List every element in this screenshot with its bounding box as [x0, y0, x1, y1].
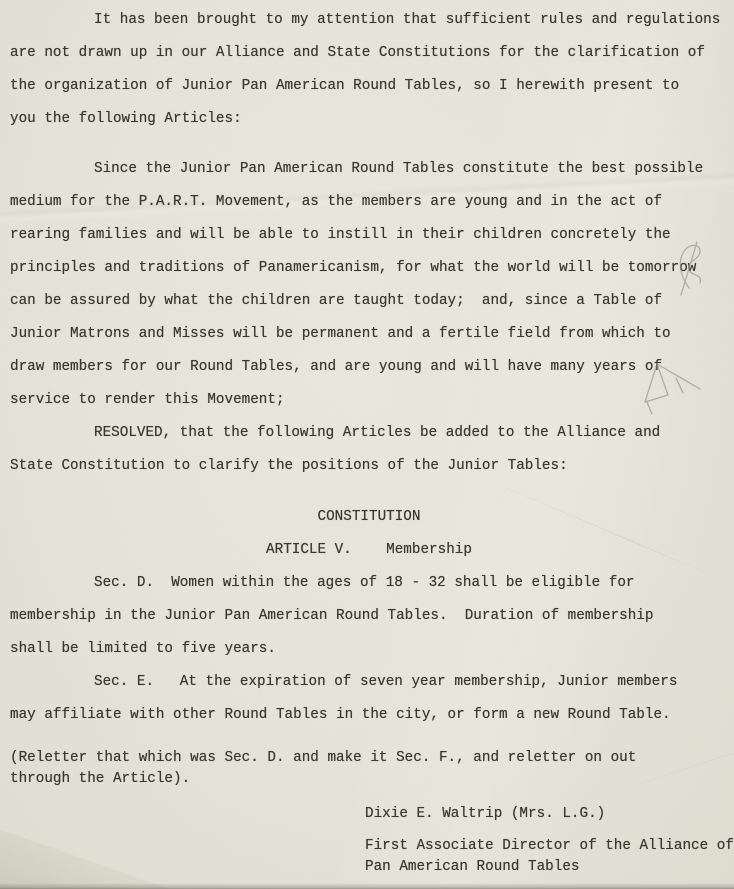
text-line: RESOLVED, that the following Articles be… [10, 417, 728, 450]
text-line: membership in the Junior Pan American Ro… [10, 600, 728, 633]
text-line: you the following Articles: [10, 103, 728, 136]
text-line: It has been brought to my attention that… [10, 4, 728, 37]
text-line: medium for the P.A.R.T. Movement, as the… [10, 186, 728, 219]
text-line: Junior Matrons and Misses will be perman… [10, 318, 728, 351]
note-line: through the Article). [10, 769, 728, 790]
text-line: Since the Junior Pan American Round Tabl… [10, 153, 728, 186]
article-heading: ARTICLE V. Membership [10, 534, 728, 567]
signature-title-line: First Associate Director of the Alliance… [365, 836, 728, 857]
scan-bottom-edge [0, 883, 734, 889]
text-line: shall be limited to five years. [10, 633, 728, 666]
text-line: may affiliate with other Round Tables in… [10, 699, 728, 732]
text-line: principles and traditions of Panamerican… [10, 252, 728, 285]
text-line: are not drawn up in our Alliance and Sta… [10, 37, 728, 70]
section-heading: CONSTITUTION [10, 501, 728, 534]
note-line: (Reletter that which was Sec. D. and mak… [10, 748, 728, 769]
text-line: draw members for our Round Tables, and a… [10, 351, 728, 384]
text-line: Sec. D. Women within the ages of 18 - 32… [10, 567, 728, 600]
text-line: service to render this Movement; [10, 384, 728, 417]
signature-name: Dixie E. Waltrip (Mrs. L.G.) [365, 804, 728, 825]
signature-title-line: Pan American Round Tables [365, 857, 728, 877]
text-line: Sec. E. At the expiration of seven year … [10, 666, 728, 699]
letter-body: It has been brought to my attention that… [0, 0, 734, 877]
text-line: can be assured by what the children are … [10, 285, 728, 318]
text-line: State Constitution to clarify the positi… [10, 450, 728, 483]
text-line: the organization of Junior Pan American … [10, 70, 728, 103]
typewritten-letter-page: It has been brought to my attention that… [0, 0, 734, 889]
text-line: rearing families and will be able to ins… [10, 219, 728, 252]
